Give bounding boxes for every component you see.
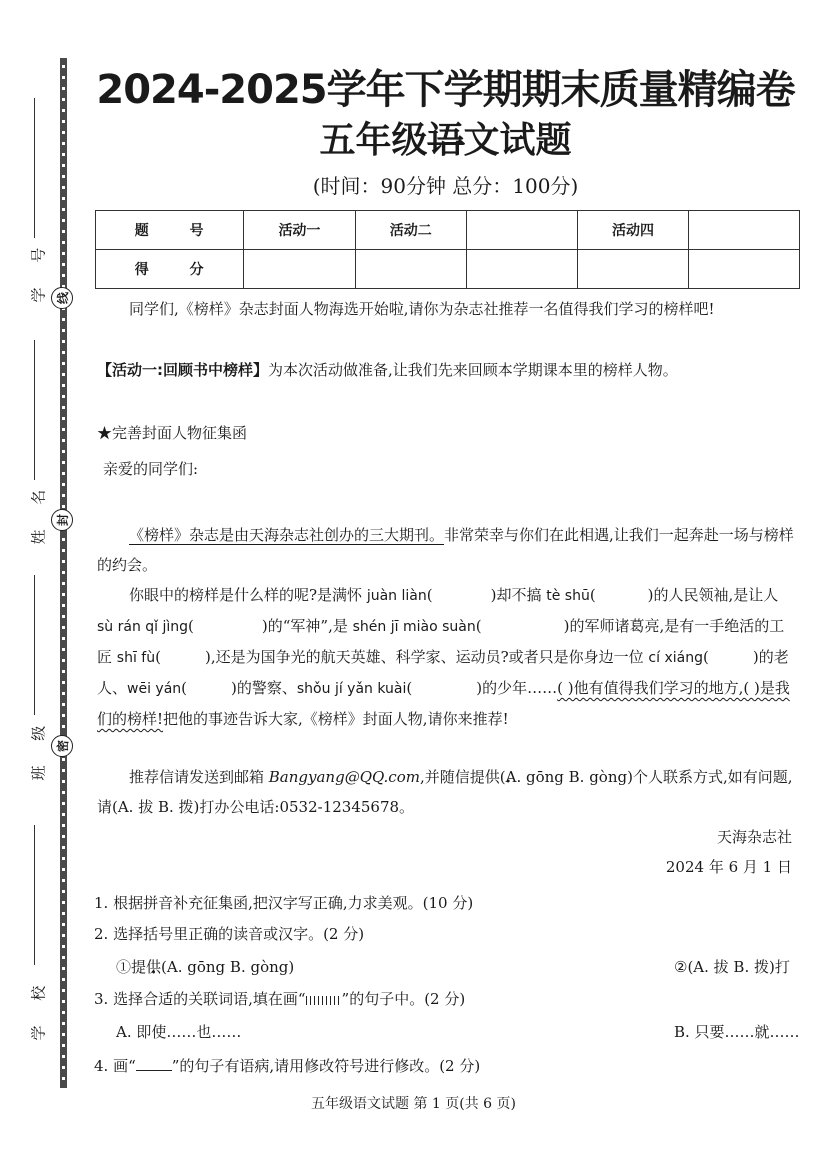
- col-total: [689, 211, 800, 250]
- activity1-task: ★完善封面人物征集函: [97, 418, 797, 448]
- q2-option-1-choices[interactable]: (A. gōng B. gòng): [161, 958, 294, 976]
- score-table-score-row: 得 分: [96, 250, 800, 289]
- p2-text: 的“军神”,是: [268, 617, 353, 635]
- pinyin-6: cí xiáng: [648, 650, 703, 666]
- score-cell-total[interactable]: [689, 250, 800, 289]
- q3-option-a[interactable]: A. 即使……也……: [116, 1023, 241, 1041]
- q2-dotted-char: 供: [146, 958, 161, 976]
- pinyin-4: shén jī miào suàn: [353, 619, 476, 635]
- row-label-score: 得 分: [96, 250, 244, 289]
- question-3: 3. 选择合适的关联词语,填在画“”的句子中。(2 分): [94, 985, 804, 1013]
- pinyin-1: juàn liàn: [367, 588, 427, 604]
- q3-option-b[interactable]: B. 只要……就……: [674, 1018, 800, 1046]
- exam-time-score: (时间：90分钟 总分：100分): [88, 170, 803, 199]
- dotted-char: 供: [485, 768, 500, 786]
- pinyin-5: shī fù: [117, 650, 155, 666]
- score-table: 题 号 活动一 活动二 活动四 得 分: [95, 210, 800, 289]
- p3-text: 推荐信请发送到邮箱: [129, 768, 269, 786]
- letter-date: 2024 年 6 月 1 日: [97, 852, 792, 882]
- perforation-strip: [60, 58, 67, 1088]
- pinyin-2: tè shū: [546, 588, 590, 604]
- sentence-with-error: 《榜样》杂志是由天海杂志社创办的三大期刊。: [129, 526, 444, 544]
- score-cell-2[interactable]: [355, 250, 466, 289]
- seal-xian: 线: [51, 287, 73, 309]
- col-activity-2: 活动二: [355, 211, 466, 250]
- question-3-options: A. 即使……也…… B. 只要……就……: [94, 1018, 826, 1046]
- letter-paragraph-3: 推荐信请发送到邮箱 Bangyang@QQ.com,并随信提供(A. gōng …: [97, 762, 797, 822]
- class-line[interactable]: [34, 575, 35, 715]
- binding-margin: 线 封 密 学 号 姓 名 班 级 学 校: [0, 0, 90, 1169]
- q3-text: ”的句子中。(2 分): [342, 990, 466, 1008]
- exam-subject-title: 五年级语文试题: [88, 112, 803, 163]
- q4-text: ”的句子有语病,请用修改符号进行修改。(2 分): [172, 1057, 480, 1075]
- score-cell-3[interactable]: [466, 250, 577, 289]
- p2-text: 把他的事迹告诉大家,《榜样》封面人物,请你来推荐!: [163, 710, 509, 728]
- score-cell-4[interactable]: [577, 250, 688, 289]
- page-footer: 五年级语文试题 第 1 页(共 6 页): [0, 1093, 827, 1113]
- intro-paragraph: 同学们,《榜样》杂志封面人物海选开始啦,请你为杂志社推荐一名值得我们学习的榜样吧…: [97, 294, 797, 324]
- col-activity-1: 活动一: [244, 211, 355, 250]
- activity1-paragraph: 【活动一:回顾书中榜样】为本次活动做准备,让我们先来回顾本学期课本里的榜样人物。: [97, 355, 797, 385]
- seal-feng: 封: [51, 509, 73, 531]
- question-2: 2. 选择括号里正确的读音或汉字。(2 分): [94, 920, 804, 948]
- email-address: Bangyang@QQ.com: [269, 768, 420, 786]
- row-label-question-no: 题 号: [96, 211, 244, 250]
- student-id-line[interactable]: [34, 98, 35, 238]
- score-cell-1[interactable]: [244, 250, 355, 289]
- pinyin-7: wēi yán: [127, 681, 181, 697]
- seal-mi: 密: [51, 735, 73, 757]
- q2-option-2[interactable]: ②(A. 拔 B. 拨)打: [674, 953, 790, 981]
- p2-text: 的少年……: [482, 679, 557, 697]
- q3-text: 3. 选择合适的关联词语,填在画“: [94, 990, 306, 1008]
- col-activity-4: 活动四: [577, 211, 688, 250]
- col-activity-3: [466, 211, 577, 250]
- score-table-header-row: 题 号 活动一 活动二 活动四: [96, 211, 800, 250]
- q4-text: 4. 画“: [94, 1057, 136, 1075]
- letter-paragraph-2: 你眼中的榜样是什么样的呢?是满怀 juàn liàn()却不搞 tè shū()…: [97, 580, 797, 734]
- name-label: 姓 名: [28, 505, 49, 545]
- pinyin-8: shǒu jí yǎn kuài: [297, 681, 407, 697]
- school-line[interactable]: [34, 825, 35, 965]
- pinyin-3: sù rán qǐ jìng: [97, 619, 188, 635]
- school-label: 学 校: [28, 1001, 49, 1041]
- class-label: 班 级: [28, 741, 49, 781]
- name-line[interactable]: [34, 340, 35, 480]
- question-1: 1. 根据拼音补充征集函,把汉字写正确,力求美观。(10 分): [94, 889, 804, 917]
- activity1-heading: 【活动一:回顾书中榜样】: [97, 361, 268, 379]
- p2-text: 却不搞: [496, 586, 546, 604]
- student-id-label: 学 号: [28, 263, 49, 303]
- p2-text: 的人民领袖,是让人: [654, 586, 779, 604]
- p2-text: ,还是为国争光的航天英雄、科学家、运动员?或者只是你身边一位: [211, 648, 649, 666]
- wavy-line-mark: [306, 996, 342, 1005]
- letter-paragraph-1: 《榜样》杂志是由天海杂志社创办的三大期刊。非常荣幸与你们在此相遇,让我们一起奔赴…: [97, 520, 797, 580]
- q2-option-1-prefix: ①提: [116, 958, 146, 976]
- question-4: 4. 画“”的句子有语病,请用修改符号进行修改。(2 分): [94, 1052, 804, 1080]
- p2-text: 的警察、: [237, 679, 297, 697]
- question-2-options: ①提供(A. gōng B. gòng) ②(A. 拔 B. 拨)打: [94, 953, 826, 981]
- letter-signature: 天海杂志社: [97, 822, 792, 852]
- letter-greeting: 亲爱的同学们:: [97, 454, 803, 484]
- activity1-text: 为本次活动做准备,让我们先来回顾本学期课本里的榜样人物。: [268, 361, 678, 379]
- underline-mark: [136, 1056, 172, 1071]
- p2-text: 你眼中的榜样是什么样的呢?是满怀: [129, 586, 367, 604]
